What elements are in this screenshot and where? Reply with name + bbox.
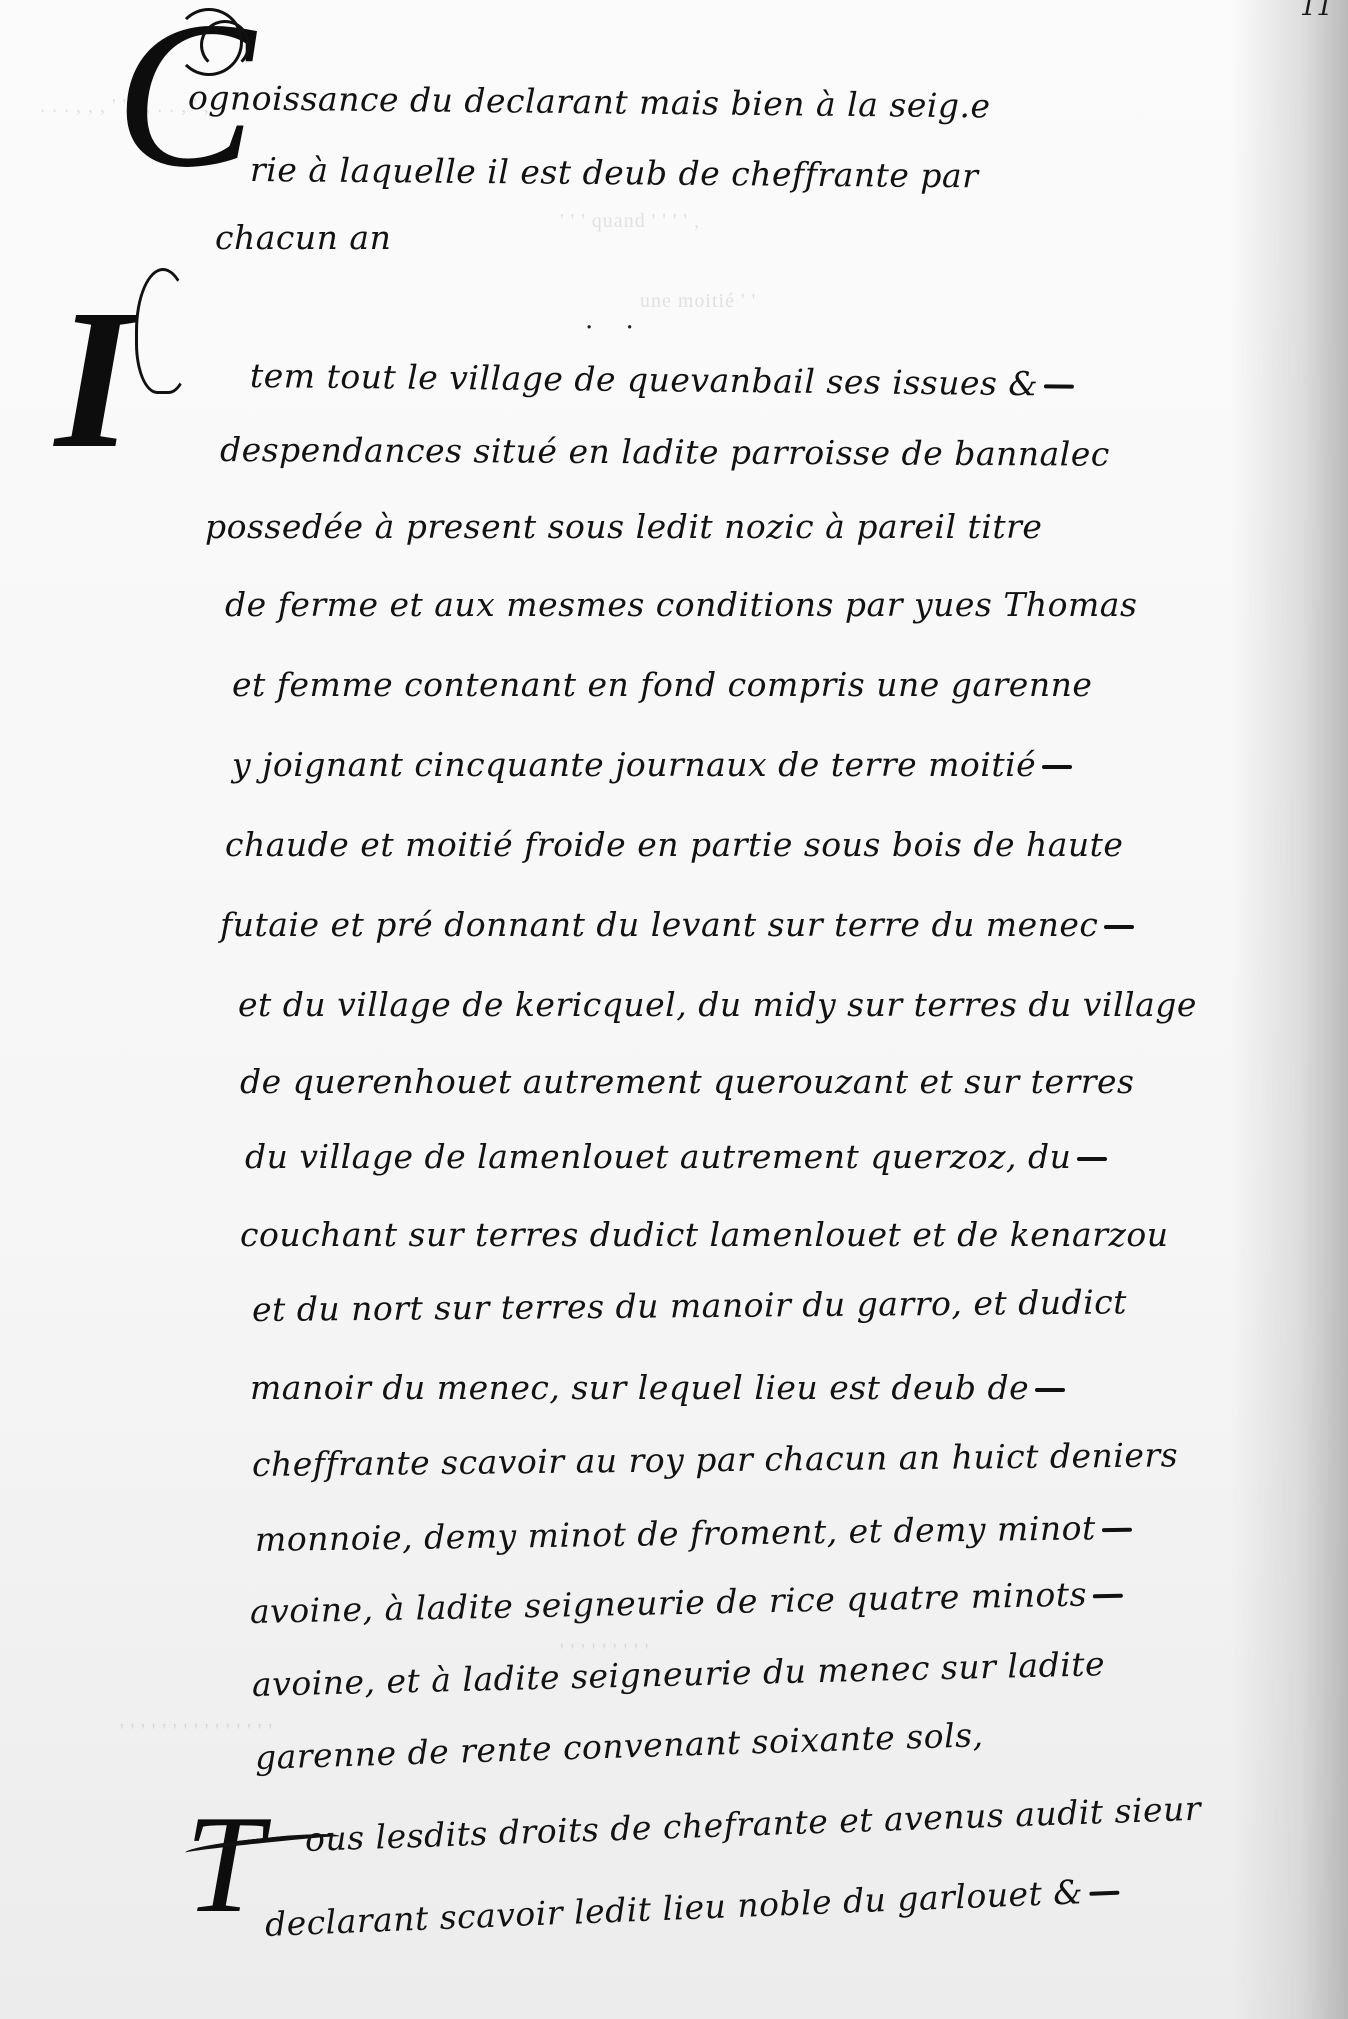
manuscript-line: chaude et moitié froide en partie sous b… [225,825,1123,864]
manuscript-line: et du village de kericquel, du midy sur … [238,985,1197,1024]
bleed-through-text: une moitié ' ' [640,290,756,313]
folio-mark: 11 [1300,0,1333,22]
line-end-dash [1089,1891,1119,1896]
manuscript-line: de querenhouet autrement querouzant et s… [240,1062,1135,1101]
manuscript-line: avoine, et à ladite seigneurie du menec … [252,1644,1106,1704]
manuscript-line: couchant sur terres dudict lamenlouet et… [240,1215,1168,1254]
line-end-dash [1104,925,1134,929]
manuscript-line: et femme contenant en fond compris une g… [232,665,1092,704]
bleed-through-text: ' ' ' quand ' ' ' ' , [560,210,700,233]
line-end-dash [1044,384,1074,388]
line-end-dash [1035,1388,1065,1392]
ink-dots: . . [585,305,646,335]
manuscript-line: et du nort sur terres du manoir du garro… [252,1282,1127,1329]
manuscript-line: y joignant cincquante journaux de terre … [232,745,1072,784]
manuscript-line: futaie et pré donnant du levant sur terr… [220,905,1134,944]
manuscript-line: ous lesdits droits de chefrante et avenu… [304,1789,1201,1859]
manuscript-line: despendances situé en ladite parroisse d… [220,430,1110,474]
manuscript-line: de ferme et aux mesmes conditions par yu… [225,585,1137,624]
bleed-through-text: ' ' ' ' ' ' ' ' ' ' ' ' ' ' ' [120,1720,273,1743]
decorated-initial-t: T [185,1795,263,1935]
line-end-dash [1042,765,1072,769]
manuscript-line: cheffrante scavoir au roy par chacun an … [252,1435,1179,1484]
manuscript-line: declarant scavoir ledit lieu noble du ga… [264,1871,1120,1944]
line-end-dash [1093,1594,1123,1599]
initial-flourish [200,20,250,70]
manuscript-line: ognoissance du declarant mais bien à la … [188,78,991,125]
decorated-initial-i: I [55,280,133,480]
manuscript-line: possedée à present sous ledit nozic à pa… [205,507,1042,546]
manuscript-line: garenne de rente convenant soixante sols… [254,1715,984,1777]
manuscript-line: tem tout le village de quevanbail ses is… [250,356,1075,404]
initial-flourish [135,268,191,394]
manuscript-line: manoir du menec, sur lequel lieu est deu… [250,1368,1065,1407]
manuscript-line: du village de lamenlouet autrement querz… [245,1137,1107,1176]
manuscript-line: avoine, à ladite seigneurie de rice quat… [250,1574,1124,1631]
manuscript-line: monnoie, demy minot de froment, et demy … [255,1508,1132,1559]
manuscript-page: . . . , , , ' ' , , . . , ' , ' ' ' quan… [0,0,1348,2019]
manuscript-line: rie à laquelle il est deub de cheffrante… [250,150,979,195]
manuscript-line: chacun an [215,218,391,257]
line-end-dash [1077,1157,1107,1161]
line-end-dash [1102,1528,1132,1532]
